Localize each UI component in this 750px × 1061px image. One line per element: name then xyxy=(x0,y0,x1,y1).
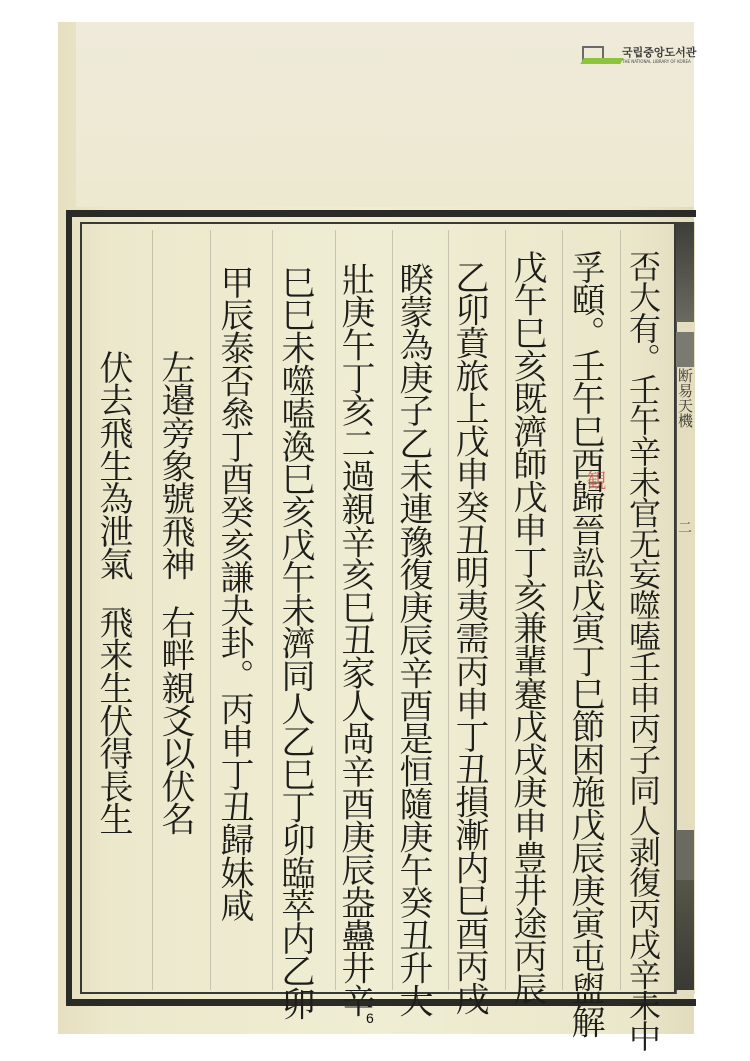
text-column-6: 壯庚午丁亥二過親辛亥巳丑家人咼辛酉庚辰盎蠱井辛 xyxy=(336,262,374,1016)
text-column-10b: 飛来生伏得長生 xyxy=(94,605,132,835)
text-column-5: 睽蒙為庚子乙未連豫復庚辰辛酉是恒隨庚午癸丑升大 xyxy=(394,262,432,1016)
text-column-3: 戊午巳亥既濟師戊申丁亥兼輩蹇戊戌庚申豊井途丙辰 xyxy=(508,250,546,1004)
column-rule xyxy=(562,230,563,990)
text-column-10a: 伏去飛生為泄氣 xyxy=(94,350,132,580)
center-margin-volume: 二 xyxy=(676,520,694,534)
column-rule xyxy=(505,230,506,990)
fish-tail-ornament-bottom-tip xyxy=(676,830,694,880)
column-rule xyxy=(272,230,273,990)
text-column-8: 甲辰泰否叅丁酉癸亥謙夬卦。丙申丁丑歸妹咸 xyxy=(214,265,254,921)
text-column-9b: 右畔親爻以伏名 xyxy=(156,605,194,835)
text-column-1: 否大有。壬午辛未官无妄噬嗑壬申丙子同人剥復丙戌辛未中 xyxy=(624,250,662,1051)
logo-korean-text: 국립중앙도서관 xyxy=(622,44,696,60)
text-column-2: 孚頤。壬午巳酉歸晉訟戊寅丁巳節困施戊辰庚寅屯盥解 xyxy=(566,250,604,1037)
logo-green-bar xyxy=(580,58,623,64)
page-number: 6 xyxy=(366,1010,374,1026)
column-rule xyxy=(152,230,153,990)
logo-english-text: THE NATIONAL LIBRARY OF KOREA xyxy=(622,59,691,64)
text-column-7: 巳巳未噬嗑渙巳亥戊午未濟同人乙巳丁卯臨萃内乙卯 xyxy=(276,265,314,1019)
column-rule xyxy=(210,230,211,990)
fish-tail-ornament-top-tip xyxy=(676,332,694,367)
text-column-4: 乙卯賁旅上戊申癸丑明夷需丙申丁丑損漸内巳酉丙戌 xyxy=(450,260,488,1014)
fish-tail-ornament-top xyxy=(676,222,694,322)
column-rule xyxy=(620,230,621,990)
text-column-9a: 左邉旁象號飛神 xyxy=(156,350,194,580)
center-margin-title: 断易天機 xyxy=(676,368,694,428)
red-seal-stamp: 観 xyxy=(584,470,610,504)
library-logo: 국립중앙도서관 THE NATIONAL LIBRARY OF KOREA xyxy=(582,44,712,70)
fish-tail-ornament-bottom xyxy=(676,880,694,990)
